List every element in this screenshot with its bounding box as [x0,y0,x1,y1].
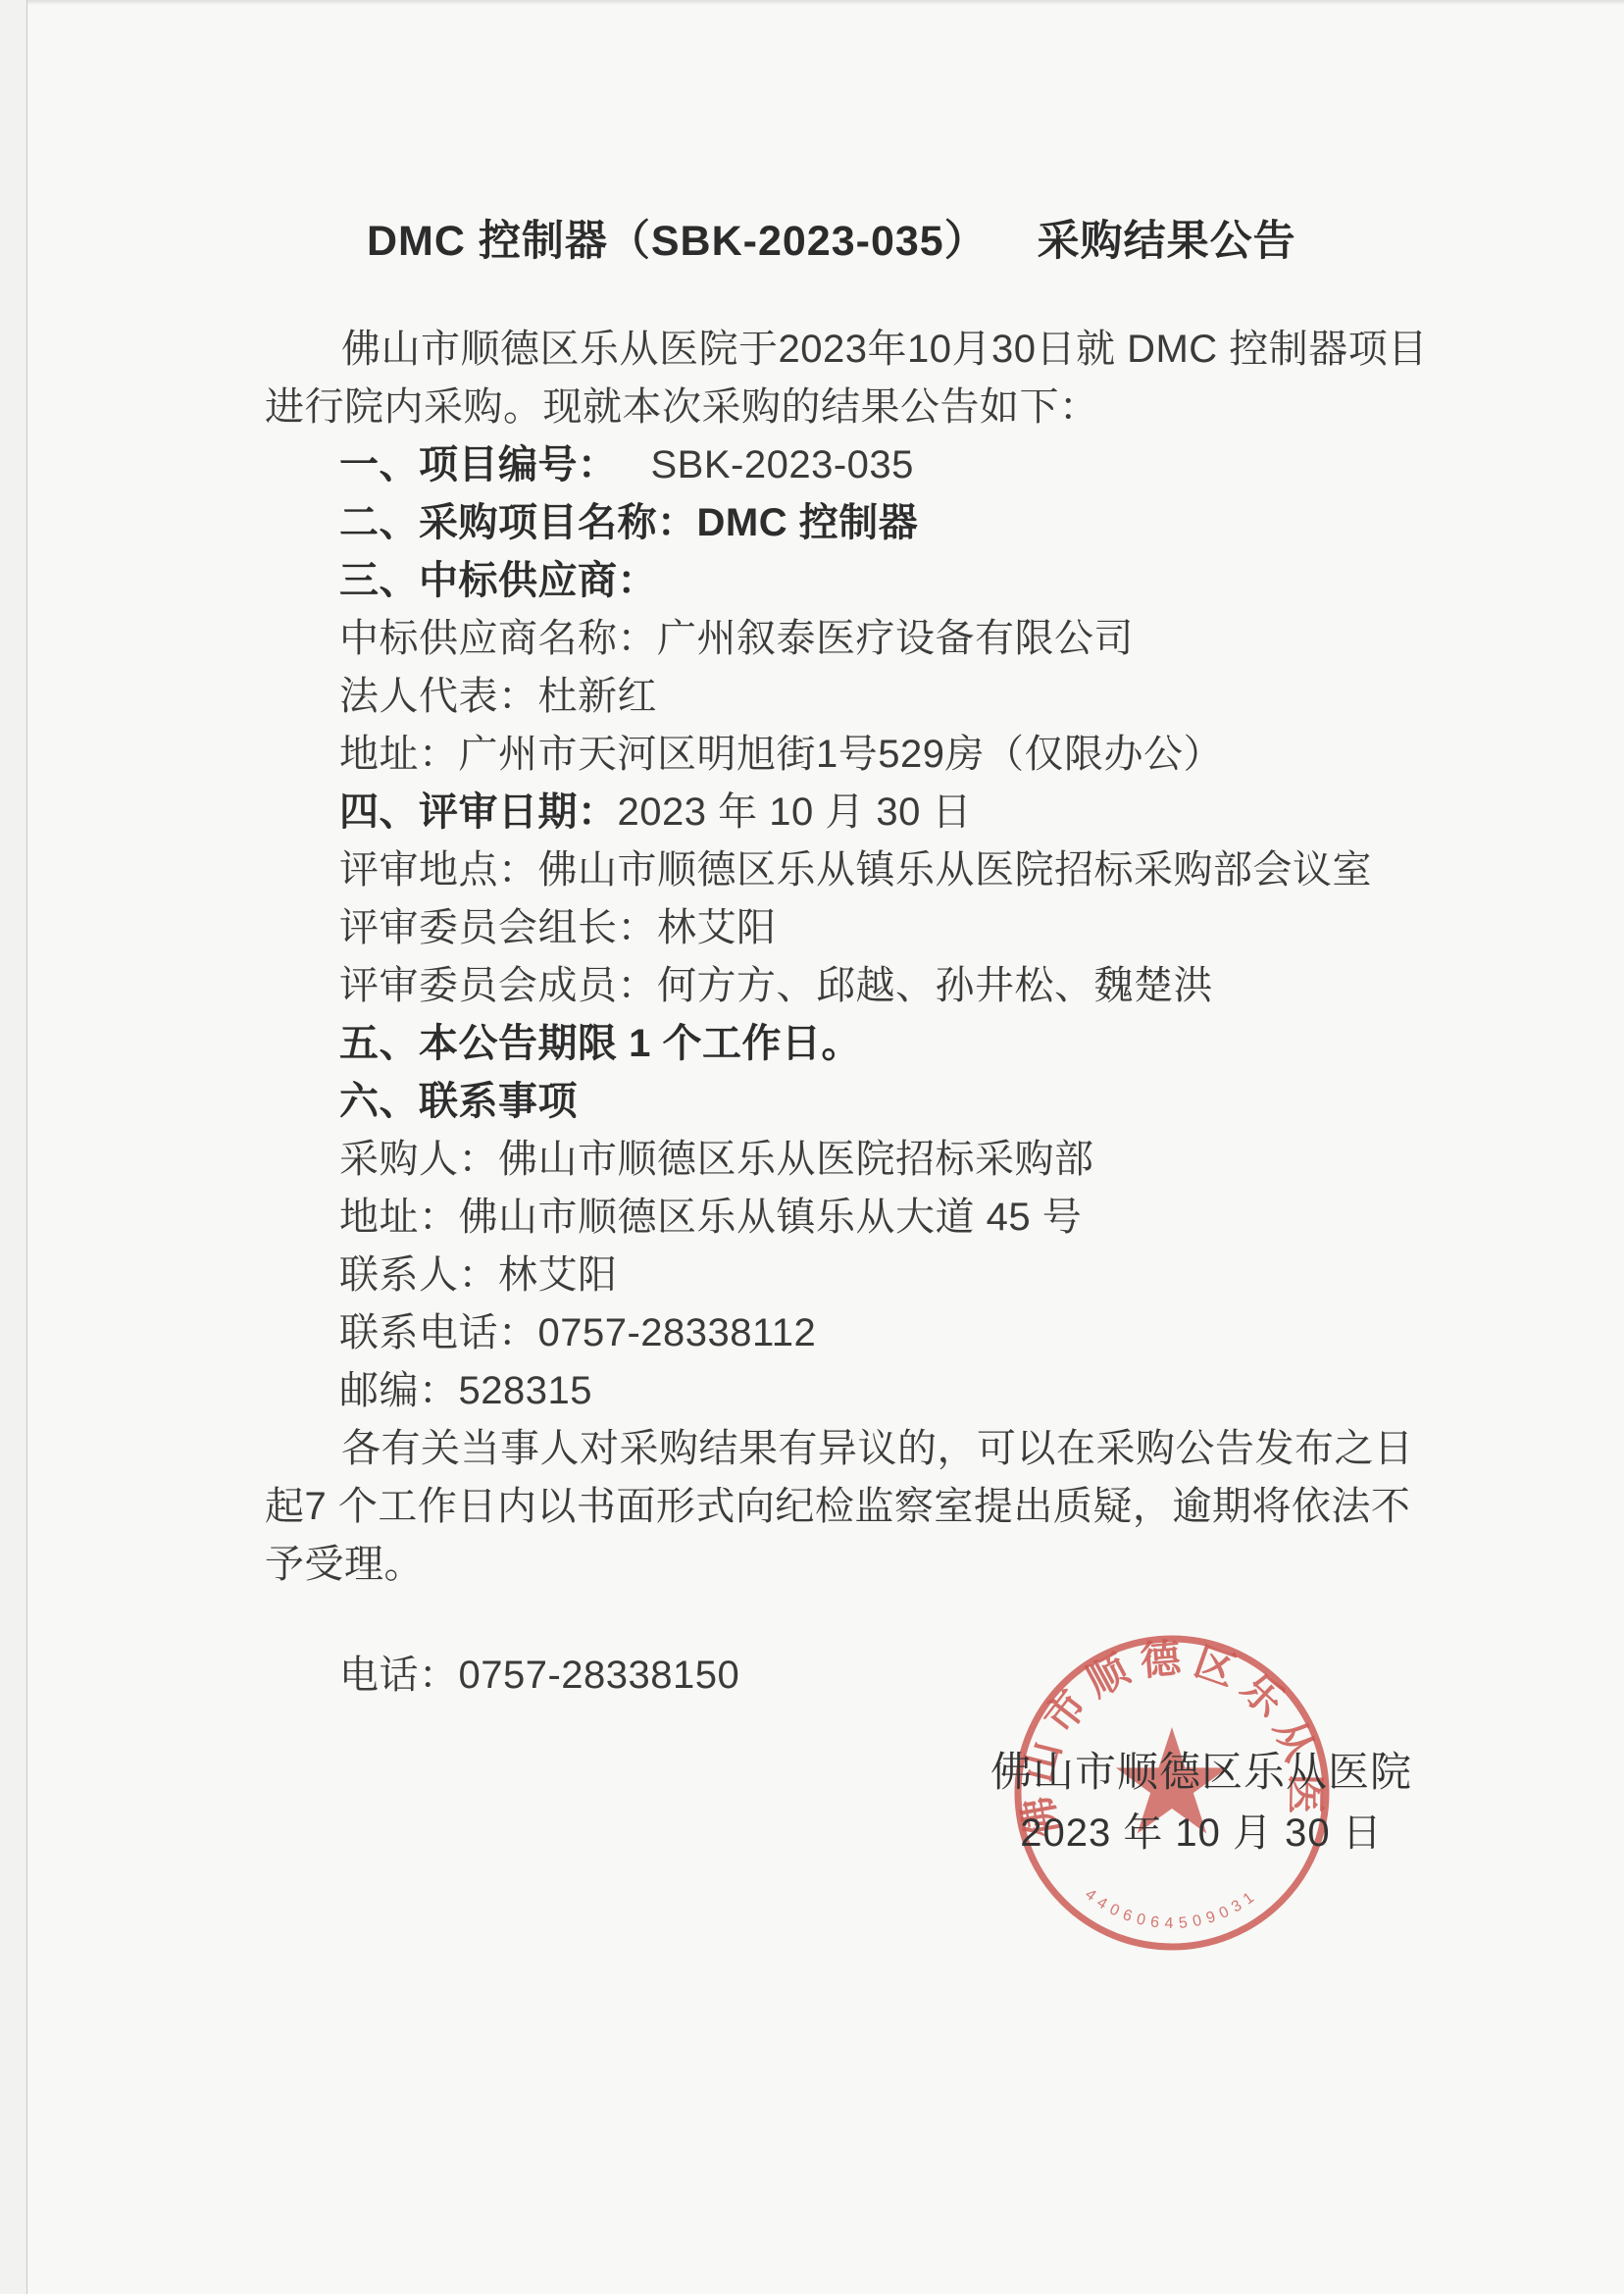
doc-line-purchaser: 采购人：佛山市顺德区乐从医院招标采购部 [265,1131,1437,1189]
signature-block: 佛山市顺德区乐从医院 2023 年 10 月 30 日 [986,1742,1417,1863]
signature-org: 佛山市顺德区乐从医院 [986,1742,1417,1803]
doc-line-project-number: 一、项目编号：SBK-2023-035 [265,436,1437,494]
scan-top-edge [0,0,1624,5]
page-title: DMC 控制器（SBK-2023-035） 采购结果公告 [265,208,1437,268]
doc-line-review-committee-leader: 评审委员会组长：林艾阳 [265,899,1437,957]
scanned-document-page: DMC 控制器（SBK-2023-035） 采购结果公告 佛山市顺德区乐从医院于… [0,0,1624,2294]
doc-line-contact-heading: 六、联系事项 [265,1073,1437,1131]
doc-line-supplier-name: 中标供应商名称：广州叙泰医疗设备有限公司 [265,610,1437,668]
page-title-project: DMC 控制器（SBK-2023-035） [367,218,988,265]
page-title-suffix: 采购结果公告 [1038,218,1296,265]
doc-line-review-committee-members: 评审委员会成员：何方方、邱越、孙井松、魏楚洪 [265,957,1437,1015]
doc-line-purchaser-address: 地址：佛山市顺德区乐从镇乐从大道 45 号 [265,1189,1437,1247]
seal-serial-number: 4406064509031 [1082,1886,1262,1932]
doc-line-objection-notice: 各有关当事人对采购结果有异议的，可以在采购公告发布之日起7 个工作日内以书面形式… [265,1420,1437,1594]
doc-line-contact-phone: 联系电话：0757-28338112 [265,1304,1437,1362]
doc-line-intro: 佛山市顺德区乐从医院于2023年10月30日就 DMC 控制器项目进行院内采购。… [265,321,1437,436]
scan-page-edge [0,0,27,2294]
doc-line-supplier-address: 地址：广州市天河区明旭街1号529房（仅限办公） [265,726,1437,784]
doc-line-project-name: 二、采购项目名称：DMC 控制器 [265,494,1437,552]
doc-line-review-location: 评审地点：佛山市顺德区乐从镇乐从医院招标采购部会议室 [265,841,1437,899]
doc-line-review-date: 四、评审日期：2023 年 10 月 30 日 [265,784,1437,841]
doc-line-legal-representative: 法人代表：杜新红 [265,668,1437,726]
signature-date: 2023 年 10 月 30 日 [986,1803,1417,1863]
doc-line-notice-period: 五、本公告期限 1 个工作日。 [265,1015,1437,1073]
doc-line-winning-supplier-heading: 三、中标供应商： [265,552,1437,610]
document-body: DMC 控制器（SBK-2023-035） 采购结果公告 佛山市顺德区乐从医院于… [265,208,1437,1705]
doc-line-contact-person: 联系人：林艾阳 [265,1247,1437,1304]
doc-line-postal-code: 邮编：528315 [265,1362,1437,1420]
